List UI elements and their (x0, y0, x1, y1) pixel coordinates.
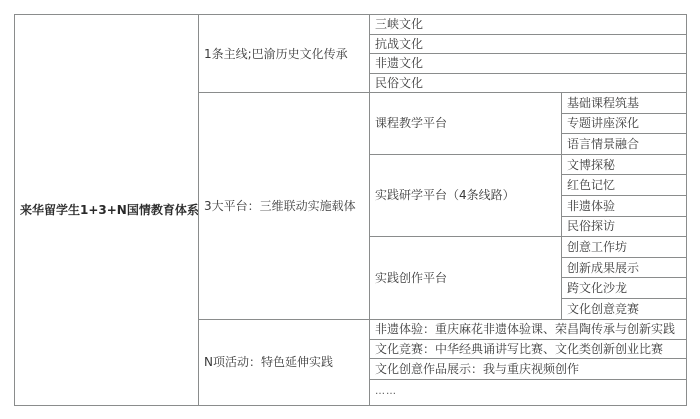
system-root-cell: 来华留学生1+3+N国情教育体系 (15, 15, 199, 406)
platform-course-teaching: 课程教学平台 (370, 93, 562, 155)
platform-item: 创新成果展示 (562, 257, 687, 278)
mainline-label: 1条主线;巴渝历史文化传承 (199, 15, 370, 93)
platform-creative-practice: 实践创作平台 (370, 237, 562, 319)
platform-item: 文化创意竞赛 (562, 298, 687, 319)
platform-item: 红色记忆 (562, 175, 687, 196)
platform-item: 非遗体验 (562, 195, 687, 216)
education-system-table: 来华留学生1+3+N国情教育体系 1条主线;巴渝历史文化传承 三峡文化 抗战文化… (14, 14, 687, 406)
activities-label: N项活动：特色延伸实践 (199, 319, 370, 405)
platform-item: 专题讲座深化 (562, 113, 687, 134)
platform-item: 基础课程筑基 (562, 93, 687, 114)
platform-item: 创意工作坊 (562, 237, 687, 258)
activity-item-ellipsis: …… (370, 379, 687, 405)
mainline-item: 三峡文化 (370, 15, 687, 35)
mainline-item: 民俗文化 (370, 73, 687, 93)
platforms-label: 3大平台：三维联动实施载体 (199, 93, 370, 320)
activity-item: 非遗体验：重庆麻花非遗体验课、荣昌陶传承与创新实践 (370, 319, 687, 339)
platform-item: 语言情景融合 (562, 134, 687, 155)
platform-item: 民俗探访 (562, 216, 687, 237)
activity-item: 文化创意作品展示：我与重庆视频创作 (370, 358, 687, 379)
mainline-item: 非遗文化 (370, 54, 687, 74)
activity-item: 文化竞赛：中华经典诵讲写比赛、文化类创新创业比赛 (370, 339, 687, 358)
platform-item: 文博探秘 (562, 154, 687, 175)
mainline-item: 抗战文化 (370, 34, 687, 54)
platform-item: 跨文化沙龙 (562, 278, 687, 299)
platform-study-tour: 实践研学平台（4条线路） (370, 154, 562, 236)
